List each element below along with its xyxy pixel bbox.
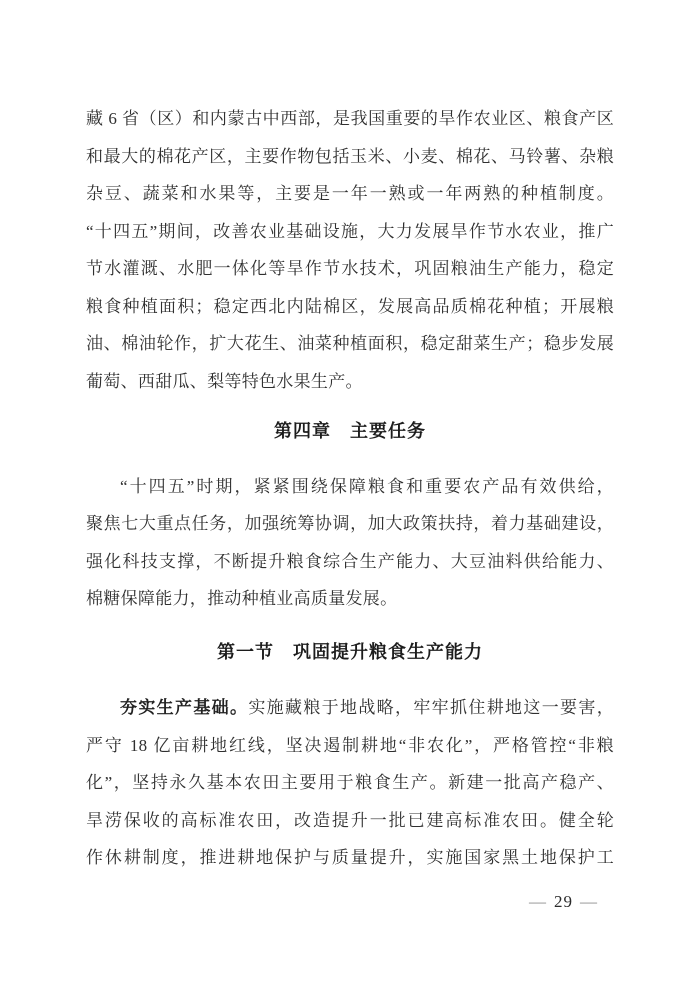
body-line: 强化科技支撑，不断提升粮食综合生产能力、大豆油料供给能力、 <box>86 543 614 581</box>
paragraph-section-body: 夯实生产基础。实施藏粮于地战略，牢牢抓住耕地这一要害， 严守 18 亿亩耕地红线… <box>86 689 614 877</box>
body-line: 油、棉油轮作，扩大花生、油菜种植面积，稳定甜菜生产；稳步发展 <box>86 325 614 363</box>
paragraph-chapter-intro: “十四五”时期，紧紧围绕保障粮食和重要农产品有效供给， 聚焦七大重点任务，加强统… <box>86 468 614 618</box>
body-line: 夯实生产基础。实施藏粮于地战略，牢牢抓住耕地这一要害， <box>86 689 614 727</box>
page-number: —29— <box>522 891 605 913</box>
paragraph-lead-bold: 夯实生产基础。 <box>120 698 248 717</box>
body-line: 棉糖保障能力，推动种植业高质量发展。 <box>86 580 614 618</box>
body-line: “十四五”期间，改善农业基础设施，大力发展旱作节水农业，推广 <box>86 213 614 251</box>
section-heading: 第一节 巩固提升粮食生产能力 <box>86 634 614 672</box>
document-page: 藏 6 省（区）和内蒙古中西部，是我国重要的旱作农业区、粮食产区 和最大的棉花产… <box>0 0 700 990</box>
body-line: “十四五”时期，紧紧围绕保障粮食和重要农产品有效供给， <box>86 468 614 506</box>
body-line: 葡萄、西甜瓜、梨等特色水果生产。 <box>86 363 614 401</box>
body-line: 杂豆、蔬菜和水果等，主要是一年一熟或一年两熟的种植制度。 <box>86 175 614 213</box>
body-line: 节水灌溉、水肥一体化等旱作节水技术，巩固粮油生产能力，稳定 <box>86 250 614 288</box>
chapter-heading: 第四章 主要任务 <box>86 413 614 451</box>
page-body: 藏 6 省（区）和内蒙古中西部，是我国重要的旱作农业区、粮食产区 和最大的棉花产… <box>86 100 614 877</box>
body-line: 粮食种植面积；稳定西北内陆棉区，发展高品质棉花种植；开展粮 <box>86 288 614 326</box>
paragraph-lead-rest: 实施藏粮于地战略，牢牢抓住耕地这一要害， <box>248 698 614 717</box>
footer-dash-right: — <box>573 892 605 911</box>
body-line: 旱涝保收的高标准农田，改造提升一批已建高标准农田。健全轮 <box>86 802 614 840</box>
paragraph-continuation: 藏 6 省（区）和内蒙古中西部，是我国重要的旱作农业区、粮食产区 和最大的棉花产… <box>86 100 614 400</box>
page-number-value: 29 <box>554 892 573 911</box>
body-line: 作休耕制度，推进耕地保护与质量提升，实施国家黑土地保护工 <box>86 839 614 877</box>
body-line: 和最大的棉花产区，主要作物包括玉米、小麦、棉花、马铃薯、杂粮 <box>86 138 614 176</box>
body-line: 化”，坚持永久基本农田主要用于粮食生产。新建一批高产稳产、 <box>86 764 614 802</box>
body-line: 聚焦七大重点任务，加强统筹协调，加大政策扶持，着力基础建设， <box>86 505 614 543</box>
footer-dash-left: — <box>522 892 554 911</box>
body-line: 藏 6 省（区）和内蒙古中西部，是我国重要的旱作农业区、粮食产区 <box>86 100 614 138</box>
body-line: 严守 18 亿亩耕地红线，坚决遏制耕地“非农化”，严格管控“非粮 <box>86 727 614 765</box>
